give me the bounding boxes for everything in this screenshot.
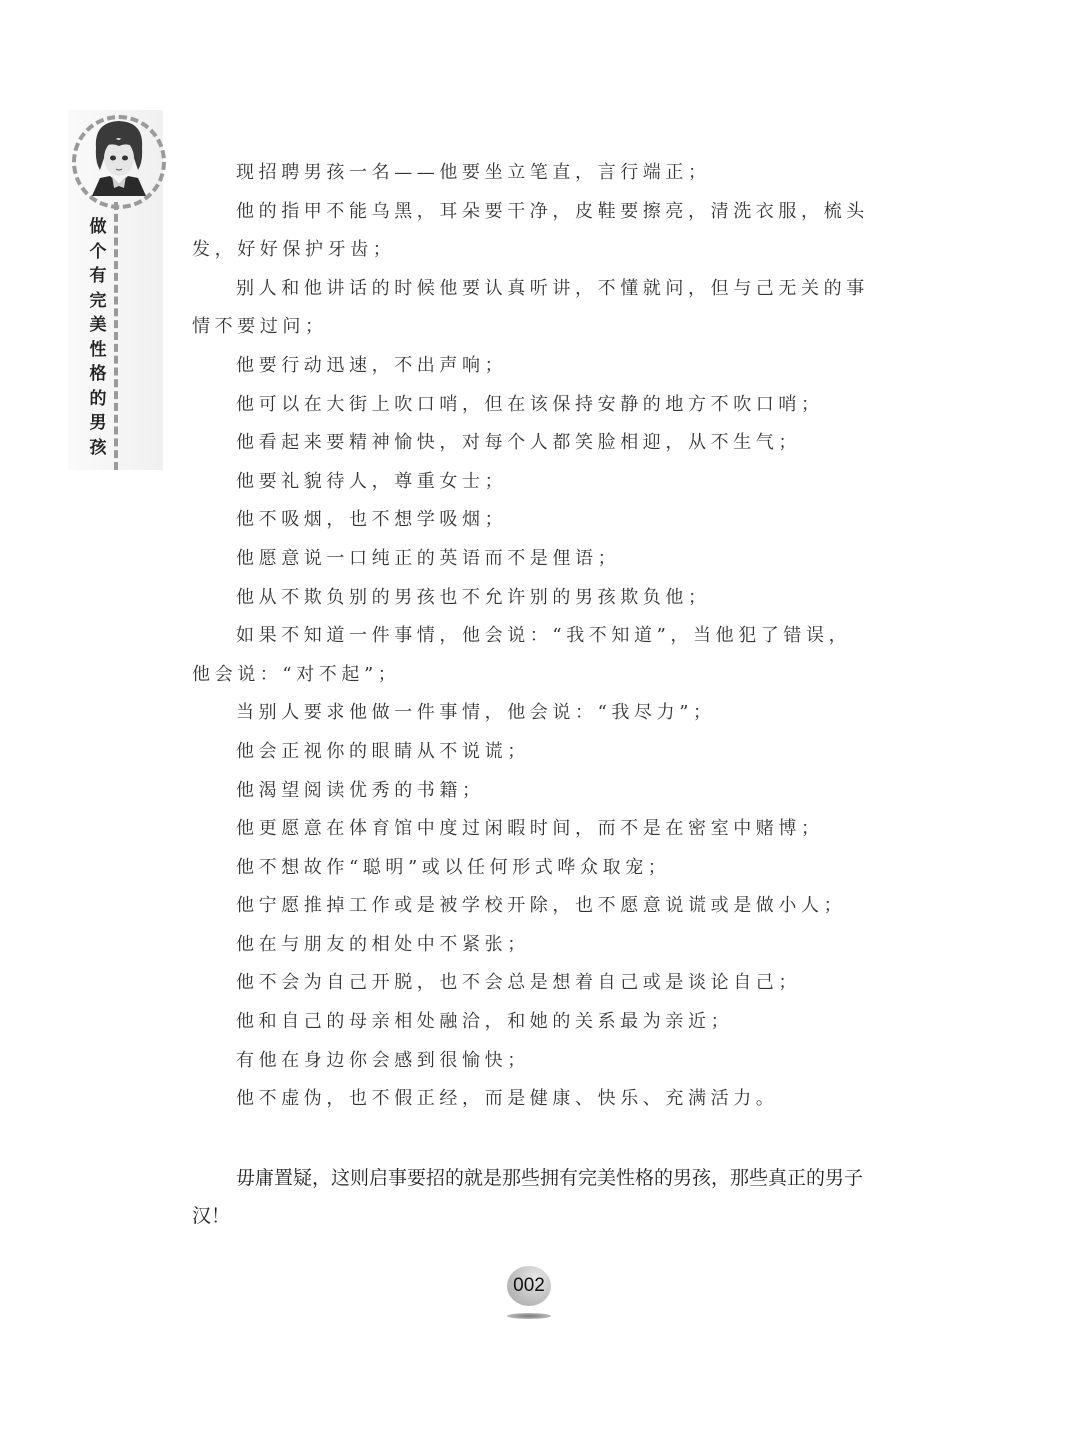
paragraph: 他会正视你的眼睛从不说谎； bbox=[192, 733, 872, 772]
page-number: 002 bbox=[513, 1275, 545, 1297]
paragraph: 现招聘男孩一名——他要坐立笔直，言行端正； bbox=[192, 154, 872, 193]
paragraph: 他不虚伪，也不假正经，而是健康、快乐、充满活力。 bbox=[192, 1080, 872, 1119]
title-char: 美 bbox=[84, 313, 112, 338]
paragraph: 别人和他讲话的时候他要认真听讲，不懂就问，但与己无关的事情不要过问； bbox=[192, 270, 872, 347]
paragraph: 当别人要求他做一件事情，他会说：“我尽力”； bbox=[192, 694, 872, 733]
paragraph: 他愿意说一口纯正的英语而不是俚语； bbox=[192, 540, 872, 579]
boy-portrait-icon bbox=[88, 118, 150, 196]
paragraph: 他不吸烟，也不想学吸烟； bbox=[192, 501, 872, 540]
page-number-shadow bbox=[507, 1313, 551, 1319]
paragraph: 他和自己的母亲相处融洽，和她的关系最为亲近； bbox=[192, 1003, 872, 1042]
paragraph: 他宁愿推掉工作或是被学校开除，也不愿意说谎或是做小人； bbox=[192, 887, 872, 926]
title-char: 做 bbox=[84, 215, 112, 240]
closing-paragraph: 毋庸置疑，这则启事要招的就是那些拥有完美性格的男孩，那些真正的男子汉！ bbox=[192, 1159, 872, 1235]
paragraph: 他在与朋友的相处中不紧张； bbox=[192, 926, 872, 965]
paragraph: 他从不欺负别的男孩也不允许别的男孩欺负他； bbox=[192, 579, 872, 618]
page-number-badge: 002 bbox=[507, 1266, 551, 1306]
title-char: 有 bbox=[84, 264, 112, 289]
title-char: 格 bbox=[84, 362, 112, 387]
title-char: 完 bbox=[84, 289, 112, 314]
title-char: 孩 bbox=[84, 436, 112, 461]
paragraph: 他不会为自己开脱，也不会总是想着自己或是谈论自己； bbox=[192, 964, 872, 1003]
paragraph: 他不想故作“聪明”或以任何形式哗众取宠； bbox=[192, 849, 872, 888]
paragraph: 有他在身边你会感到很愉快； bbox=[192, 1042, 872, 1081]
closing-text: 毋庸置疑，这则启事要招的就是那些拥有完美性格的男孩，那些真正的男子汉！ bbox=[192, 1159, 872, 1235]
paragraph: 他看起来要精神愉快，对每个人都笑脸相迎，从不生气； bbox=[192, 424, 872, 463]
book-title-vertical: 做 个 有 完 美 性 格 的 男 孩 bbox=[84, 215, 112, 460]
paragraph: 他更愿意在体育馆中度过闲暇时间，而不是在密室中赌博； bbox=[192, 810, 872, 849]
body-text: 现招聘男孩一名——他要坐立笔直，言行端正； 他的指甲不能乌黑，耳朵要干净，皮鞋要… bbox=[192, 154, 872, 1119]
paragraph: 如果不知道一件事情，他会说：“我不知道”，当他犯了错误，他会说：“对不起”； bbox=[192, 617, 872, 694]
paragraph: 他要行动迅速，不出声响； bbox=[192, 347, 872, 386]
title-char: 性 bbox=[84, 338, 112, 363]
paragraph: 他可以在大街上吹口哨，但在该保持安静的地方不吹口哨； bbox=[192, 386, 872, 425]
title-char: 个 bbox=[84, 240, 112, 265]
title-char: 的 bbox=[84, 387, 112, 412]
paragraph: 他的指甲不能乌黑，耳朵要干净，皮鞋要擦亮，清洗衣服，梳头发，好好保护牙齿； bbox=[192, 193, 872, 270]
title-char: 男 bbox=[84, 411, 112, 436]
sidebar-dashed-line bbox=[114, 202, 118, 470]
paragraph: 他渴望阅读优秀的书籍； bbox=[192, 772, 872, 811]
paragraph: 他要礼貌待人，尊重女士； bbox=[192, 463, 872, 502]
